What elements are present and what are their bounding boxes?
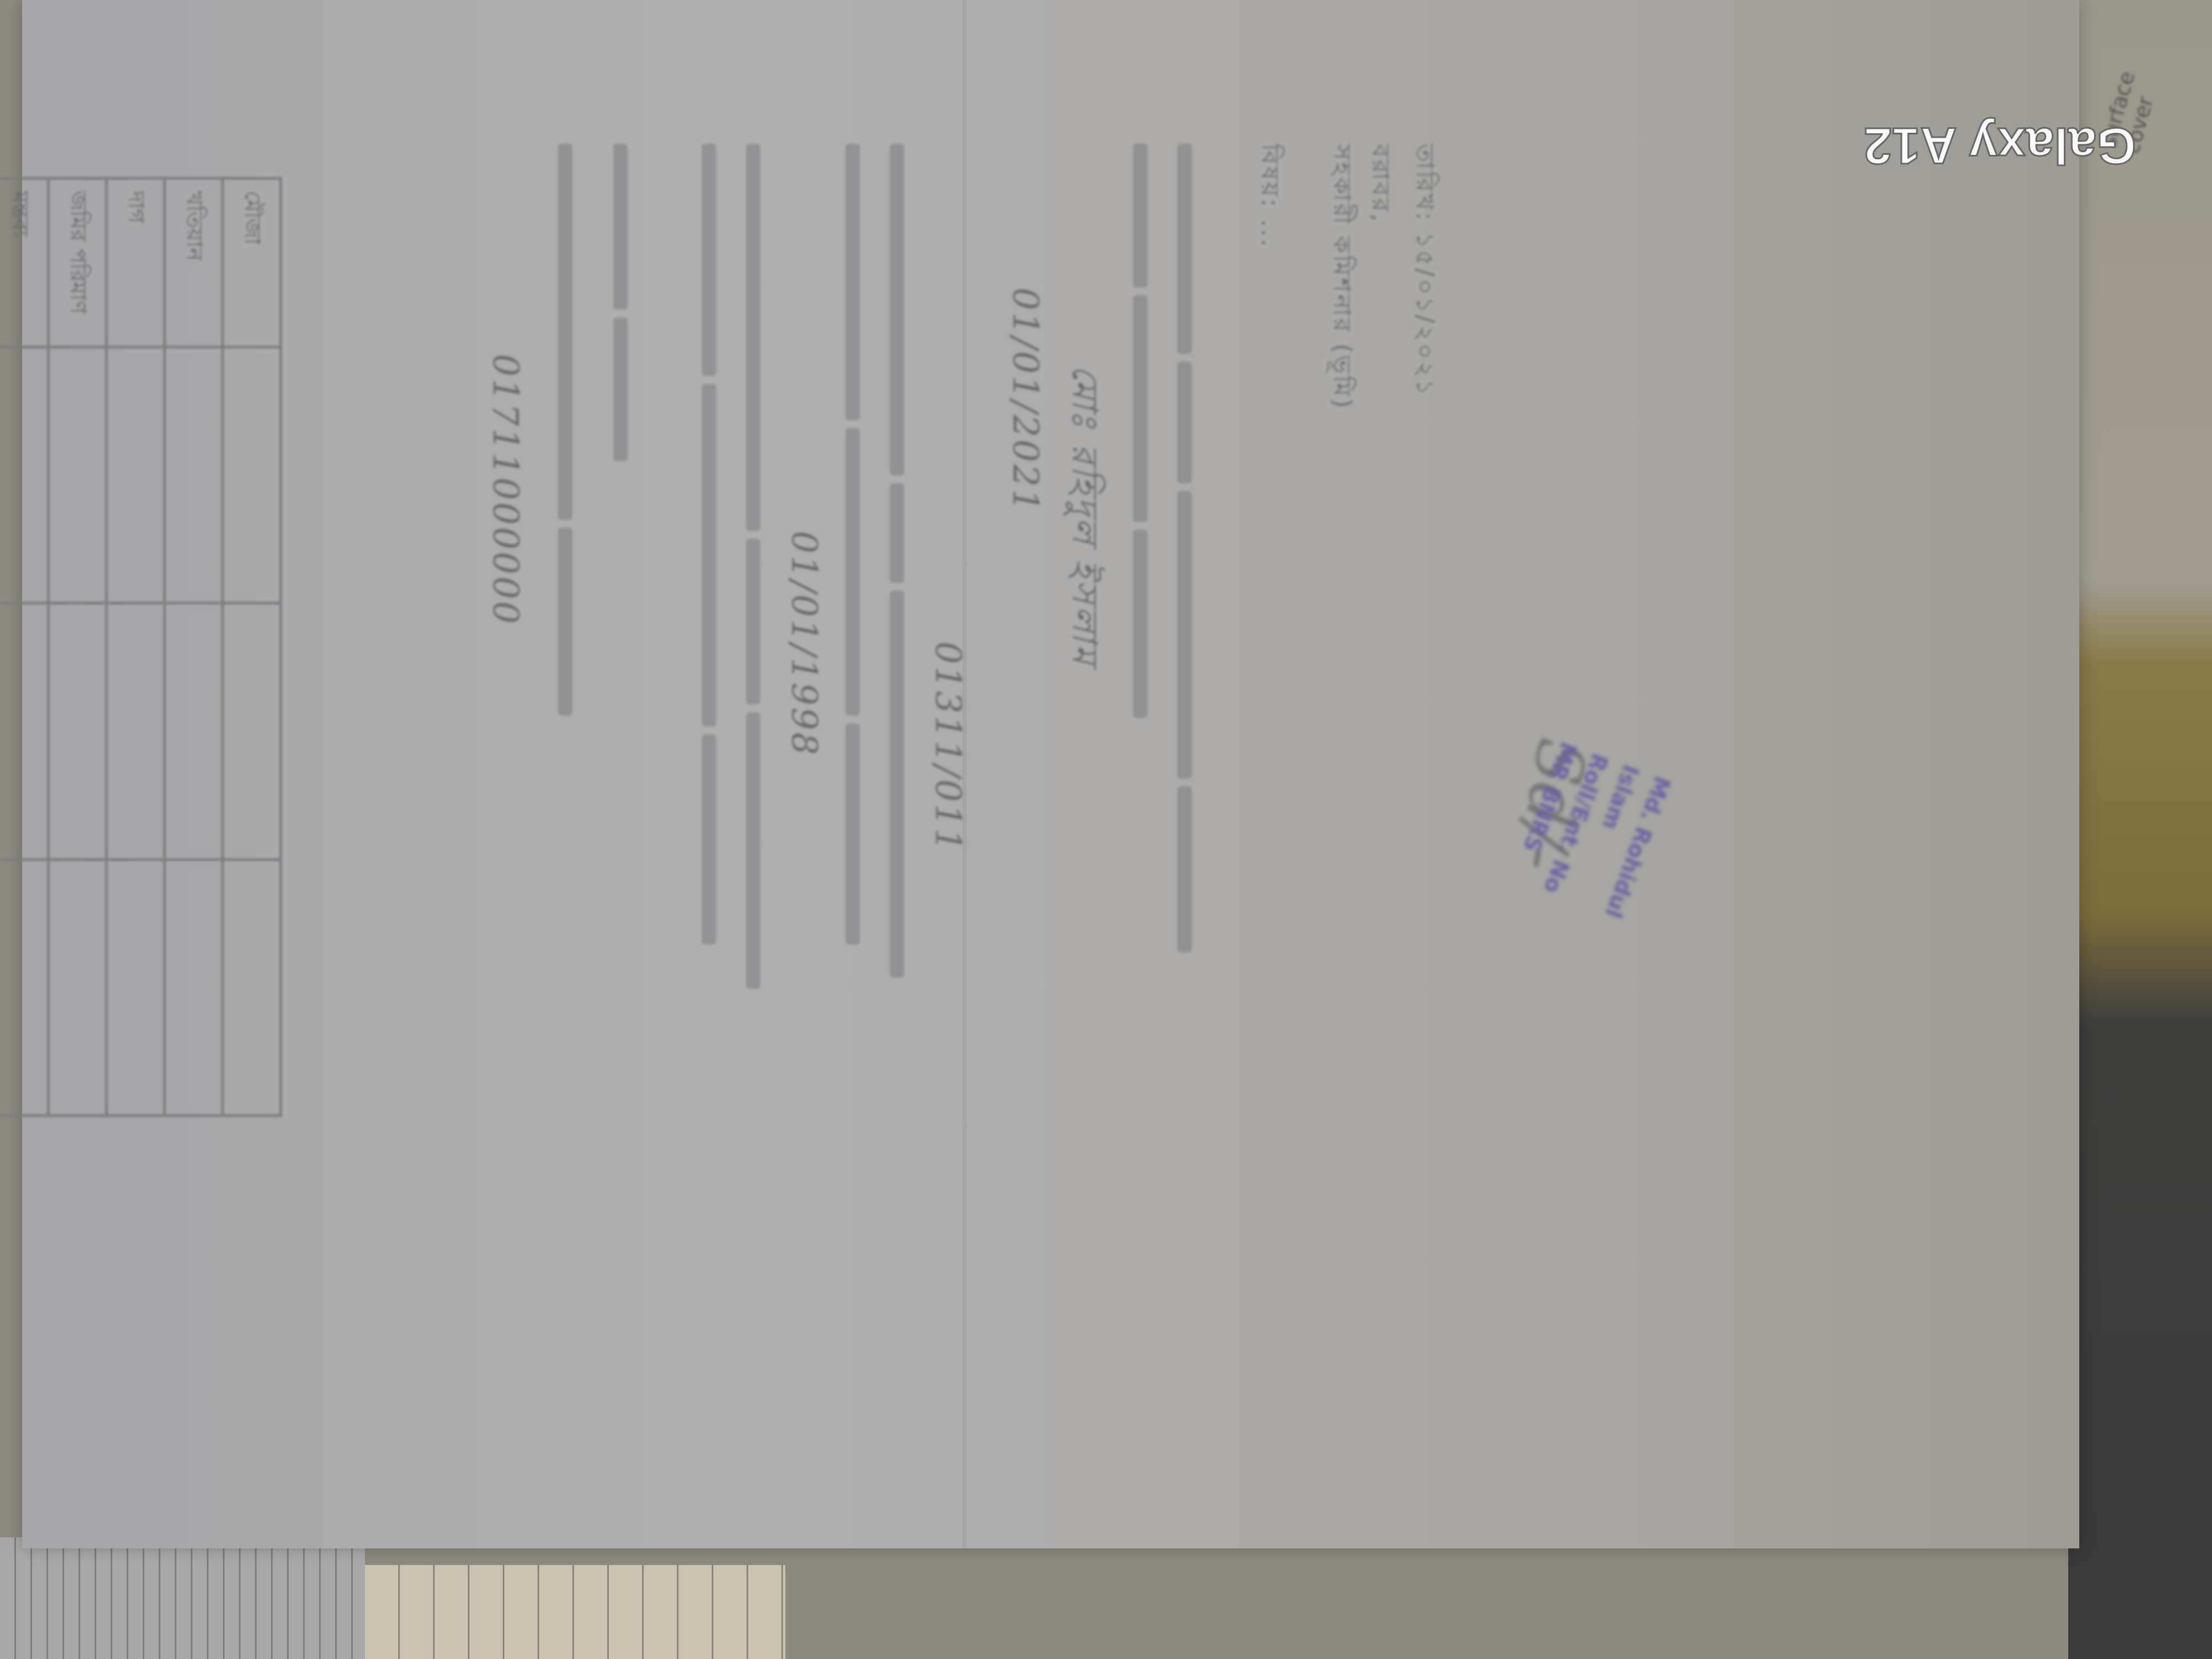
table-cell	[107, 859, 165, 1115]
table-cell	[223, 603, 281, 859]
table-cell	[165, 347, 223, 603]
body-text-block	[1172, 144, 1200, 960]
table-row-label: খতিয়ান	[165, 179, 223, 347]
table-cell	[165, 603, 223, 859]
table-row: খতিয়ান	[165, 179, 223, 1116]
table-row: মৌজা	[223, 179, 281, 1116]
table-row-label: মৌজা	[223, 179, 281, 347]
body-text-line	[740, 144, 769, 997]
camera-watermark: Galaxy A12	[1864, 116, 2136, 174]
handwritten-date-1: 01/01/2021	[1004, 288, 1045, 514]
body-text-line	[884, 144, 912, 985]
handwritten-number: 01311/011	[927, 641, 968, 853]
subject-line: বিষয়: ...	[1248, 144, 1288, 249]
rotated-document: তারিখ: ১৫/০১/২০২১ বরাবর, সহকারী কমিশনার …	[0, 144, 1465, 1388]
body-text-line	[696, 144, 724, 952]
table-row-label: জমির পরিমাণ	[49, 179, 107, 347]
land-info-table: মৌজাখতিয়ানদাগজমির পরিমাণমন্তব্য	[0, 177, 282, 1117]
table-row: মন্তব্য	[0, 179, 49, 1116]
header-line-3: সহকারী কমিশনার (ভূমি)	[1320, 144, 1360, 410]
header-line-1: তারিখ: ১৫/০১/২০২১	[1403, 144, 1443, 398]
table-cell	[49, 347, 107, 603]
body-text-line	[1128, 144, 1156, 726]
body-text-line	[608, 144, 636, 469]
table-cell	[49, 859, 107, 1115]
body-text-line	[840, 144, 868, 952]
table-cell	[0, 347, 49, 603]
handwritten-name: মোঃ রহিদুল ইসলাম	[1052, 365, 1112, 666]
table-cell	[107, 603, 165, 859]
body-text-line	[552, 144, 581, 723]
table-cell	[223, 347, 281, 603]
handwritten-date-2: 01/01/1998	[783, 531, 824, 757]
table-cell	[165, 859, 223, 1115]
header-line-2: বরাবর,	[1359, 144, 1399, 223]
table-row-label: মন্তব্য	[0, 179, 49, 347]
table-cell	[107, 347, 165, 603]
table-row-label: দাগ	[107, 179, 165, 347]
table-cell	[49, 603, 107, 859]
table-row: জমির পরিমাণ	[49, 179, 107, 1116]
table-cell	[223, 859, 281, 1115]
table-cell	[0, 859, 49, 1115]
background-desk	[2068, 0, 2212, 1659]
handwritten-phone: 01711000000	[484, 354, 525, 626]
table-row: দাগ	[107, 179, 165, 1116]
table-cell	[0, 603, 49, 859]
background-book	[365, 1565, 785, 1659]
background-notebook	[0, 1537, 365, 1659]
